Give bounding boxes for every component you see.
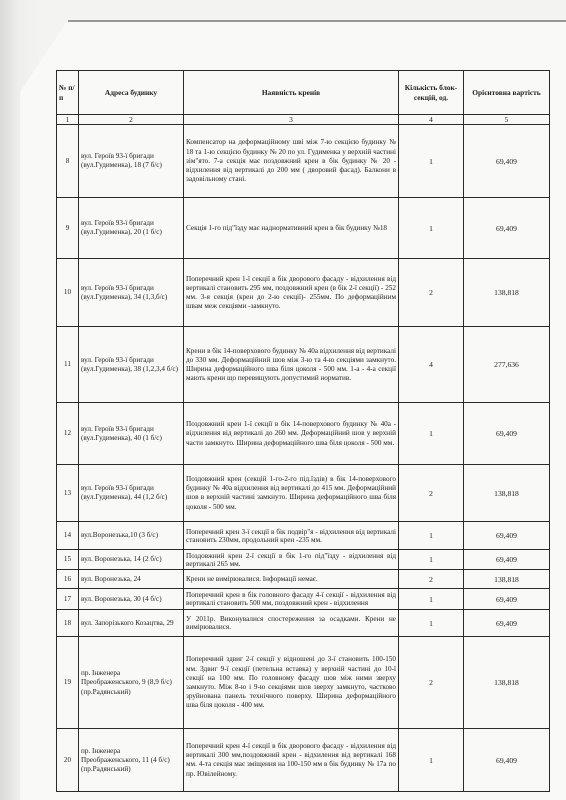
estimated-cost: 69,409	[464, 729, 550, 792]
section-count: 1	[399, 589, 464, 610]
section-count: 1	[399, 729, 464, 792]
tilt-description: Поздовжний крен 2-ї секції в бік 1-го пі…	[184, 550, 399, 570]
tilt-description: У 2011р. Виконувалися спостереження за о…	[184, 610, 399, 637]
building-address: вул. Героїв 93-ї бригади (вул.Гудименка)…	[79, 259, 184, 327]
tilt-description: Поперечний здвиг 2-ї секції у відношені …	[184, 637, 399, 729]
building-tilt-table: № п/п Адреса будинку Наявність кренів Кі…	[56, 70, 550, 792]
estimated-cost: 69,409	[464, 125, 550, 198]
column-number: 3	[184, 115, 399, 125]
building-address: вул. Героїв 93-ї бригади (вул.Гудименка)…	[79, 125, 184, 198]
section-count: 1	[399, 403, 464, 465]
estimated-cost: 138,818	[464, 259, 550, 327]
section-count: 2	[399, 637, 464, 729]
table-row: 17вул. Воронезька, 30 (4 б/с)Поперечний …	[57, 589, 550, 610]
column-number: 5	[464, 115, 550, 125]
column-number: 2	[79, 115, 184, 125]
section-count: 2	[399, 465, 464, 522]
building-address: вул. Воронезька, 24	[79, 570, 184, 589]
table-row: 8вул. Героїв 93-ї бригади (вул.Гудименка…	[57, 125, 550, 198]
table-row: 20пр. Інженера Преображенського, 11 (4 б…	[57, 729, 550, 792]
estimated-cost: 69,409	[464, 522, 550, 550]
building-address: вул.Воронезька,10 (3 б/с)	[79, 522, 184, 550]
section-count: 1	[399, 522, 464, 550]
section-count: 4	[399, 327, 464, 403]
building-address: вул. Воронезька, 14 (2 б/с)	[79, 550, 184, 570]
building-address: пр. Інженера Преображенського, 9 (8,9 б/…	[79, 637, 184, 729]
table-row: 11вул. Героїв 93-ї бригади (вул.Гудименк…	[57, 327, 550, 403]
row-number: 16	[57, 570, 79, 589]
table-row: 16вул. Воронезька, 24Крени не вимірювали…	[57, 570, 550, 589]
table-row: 14вул.Воронезька,10 (3 б/с)Поперечний кр…	[57, 522, 550, 550]
scan-top-edge	[68, 20, 566, 22]
table-row: 13вул. Героїв 93-ї бригади (вул.Гудименк…	[57, 465, 550, 522]
row-number: 18	[57, 610, 79, 637]
row-number: 19	[57, 637, 79, 729]
estimated-cost: 69,409	[464, 589, 550, 610]
section-count: 1	[399, 550, 464, 570]
column-number: 1	[57, 115, 79, 125]
estimated-cost: 69,409	[464, 198, 550, 259]
estimated-cost: 69,409	[464, 403, 550, 465]
row-number: 15	[57, 550, 79, 570]
tilt-description: Компенсатор на деформаційному шві між 7-…	[184, 125, 399, 198]
tilt-description: Поперечний крен 3-ї секції в бік подвір"…	[184, 522, 399, 550]
table-row: 10вул. Героїв 93-ї бригади (вул.Гудименк…	[57, 259, 550, 327]
section-count: 1	[399, 198, 464, 259]
section-count: 1	[399, 125, 464, 198]
tilt-description: Крени в бік 14-поверхового будинку № 40а…	[184, 327, 399, 403]
row-number: 9	[57, 198, 79, 259]
building-address: вул. Героїв 93-ї бригади (вул.Гудименка)…	[79, 327, 184, 403]
building-address: вул. Героїв 93-ї бригади (вул.Гудименка)…	[79, 465, 184, 522]
tilt-description: Крени не вимірювалися. Інформації немає.	[184, 570, 399, 589]
tilt-description: Поздовжний крен 1-ї секції в бік 14-пове…	[184, 403, 399, 465]
tilt-description: Секція 1-го під"їзду має наднормативний …	[184, 198, 399, 259]
estimated-cost: 277,636	[464, 327, 550, 403]
header-sections: Кількість блок-секцій, од.	[399, 71, 464, 115]
section-count: 2	[399, 259, 464, 327]
building-address: вул. Героїв 93-ї бригади (вул.Гудименка)…	[79, 403, 184, 465]
row-number: 17	[57, 589, 79, 610]
estimated-cost: 69,409	[464, 550, 550, 570]
header-cost: Орієнтовна вартість	[464, 71, 550, 115]
row-number: 12	[57, 403, 79, 465]
row-number: 13	[57, 465, 79, 522]
table-row: 19пр. Інженера Преображенського, 9 (8,9 …	[57, 637, 550, 729]
building-address: вул. Героїв 93-ї бригади (вул.Гудименка)…	[79, 198, 184, 259]
row-number: 8	[57, 125, 79, 198]
tilt-description: Поздовжний крен (секцій 1-го-2-го під.їз…	[184, 465, 399, 522]
column-number: 4	[399, 115, 464, 125]
header-address: Адреса будинку	[79, 71, 184, 115]
estimated-cost: 138,818	[464, 637, 550, 729]
section-count: 1	[399, 610, 464, 637]
row-number: 14	[57, 522, 79, 550]
table-header-row: № п/п Адреса будинку Наявність кренів Кі…	[57, 71, 550, 115]
header-tilt: Наявність кренів	[184, 71, 399, 115]
building-address: вул. Воронезька, 30 (4 б/с)	[79, 589, 184, 610]
row-number: 11	[57, 327, 79, 403]
building-address: вул. Запорізького Козацтва, 29	[79, 610, 184, 637]
row-number: 20	[57, 729, 79, 792]
estimated-cost: 138,818	[464, 570, 550, 589]
table-row: 18вул. Запорізького Козацтва, 29У 2011р.…	[57, 610, 550, 637]
table-row: 15вул. Воронезька, 14 (2 б/с)Поздовжний …	[57, 550, 550, 570]
estimated-cost: 138,818	[464, 465, 550, 522]
table-row: 9вул. Героїв 93-ї бригади (вул.Гудименка…	[57, 198, 550, 259]
row-number: 10	[57, 259, 79, 327]
tilt-description: Поперечний крен 4-ї секції в бік дворово…	[184, 729, 399, 792]
tilt-description: Поперечний крен 1-ї секції в бік дворово…	[184, 259, 399, 327]
tilt-description: Поперечний крен в бік головного фасаду 4…	[184, 589, 399, 610]
section-count: 2	[399, 570, 464, 589]
header-no: № п/п	[57, 71, 79, 115]
estimated-cost: 69,409	[464, 610, 550, 637]
column-number-row: 1 2 3 4 5	[57, 115, 550, 125]
table-row: 12вул. Героїв 93-ї бригади (вул.Гудименк…	[57, 403, 550, 465]
building-address: пр. Інженера Преображенського, 11 (4 б/с…	[79, 729, 184, 792]
